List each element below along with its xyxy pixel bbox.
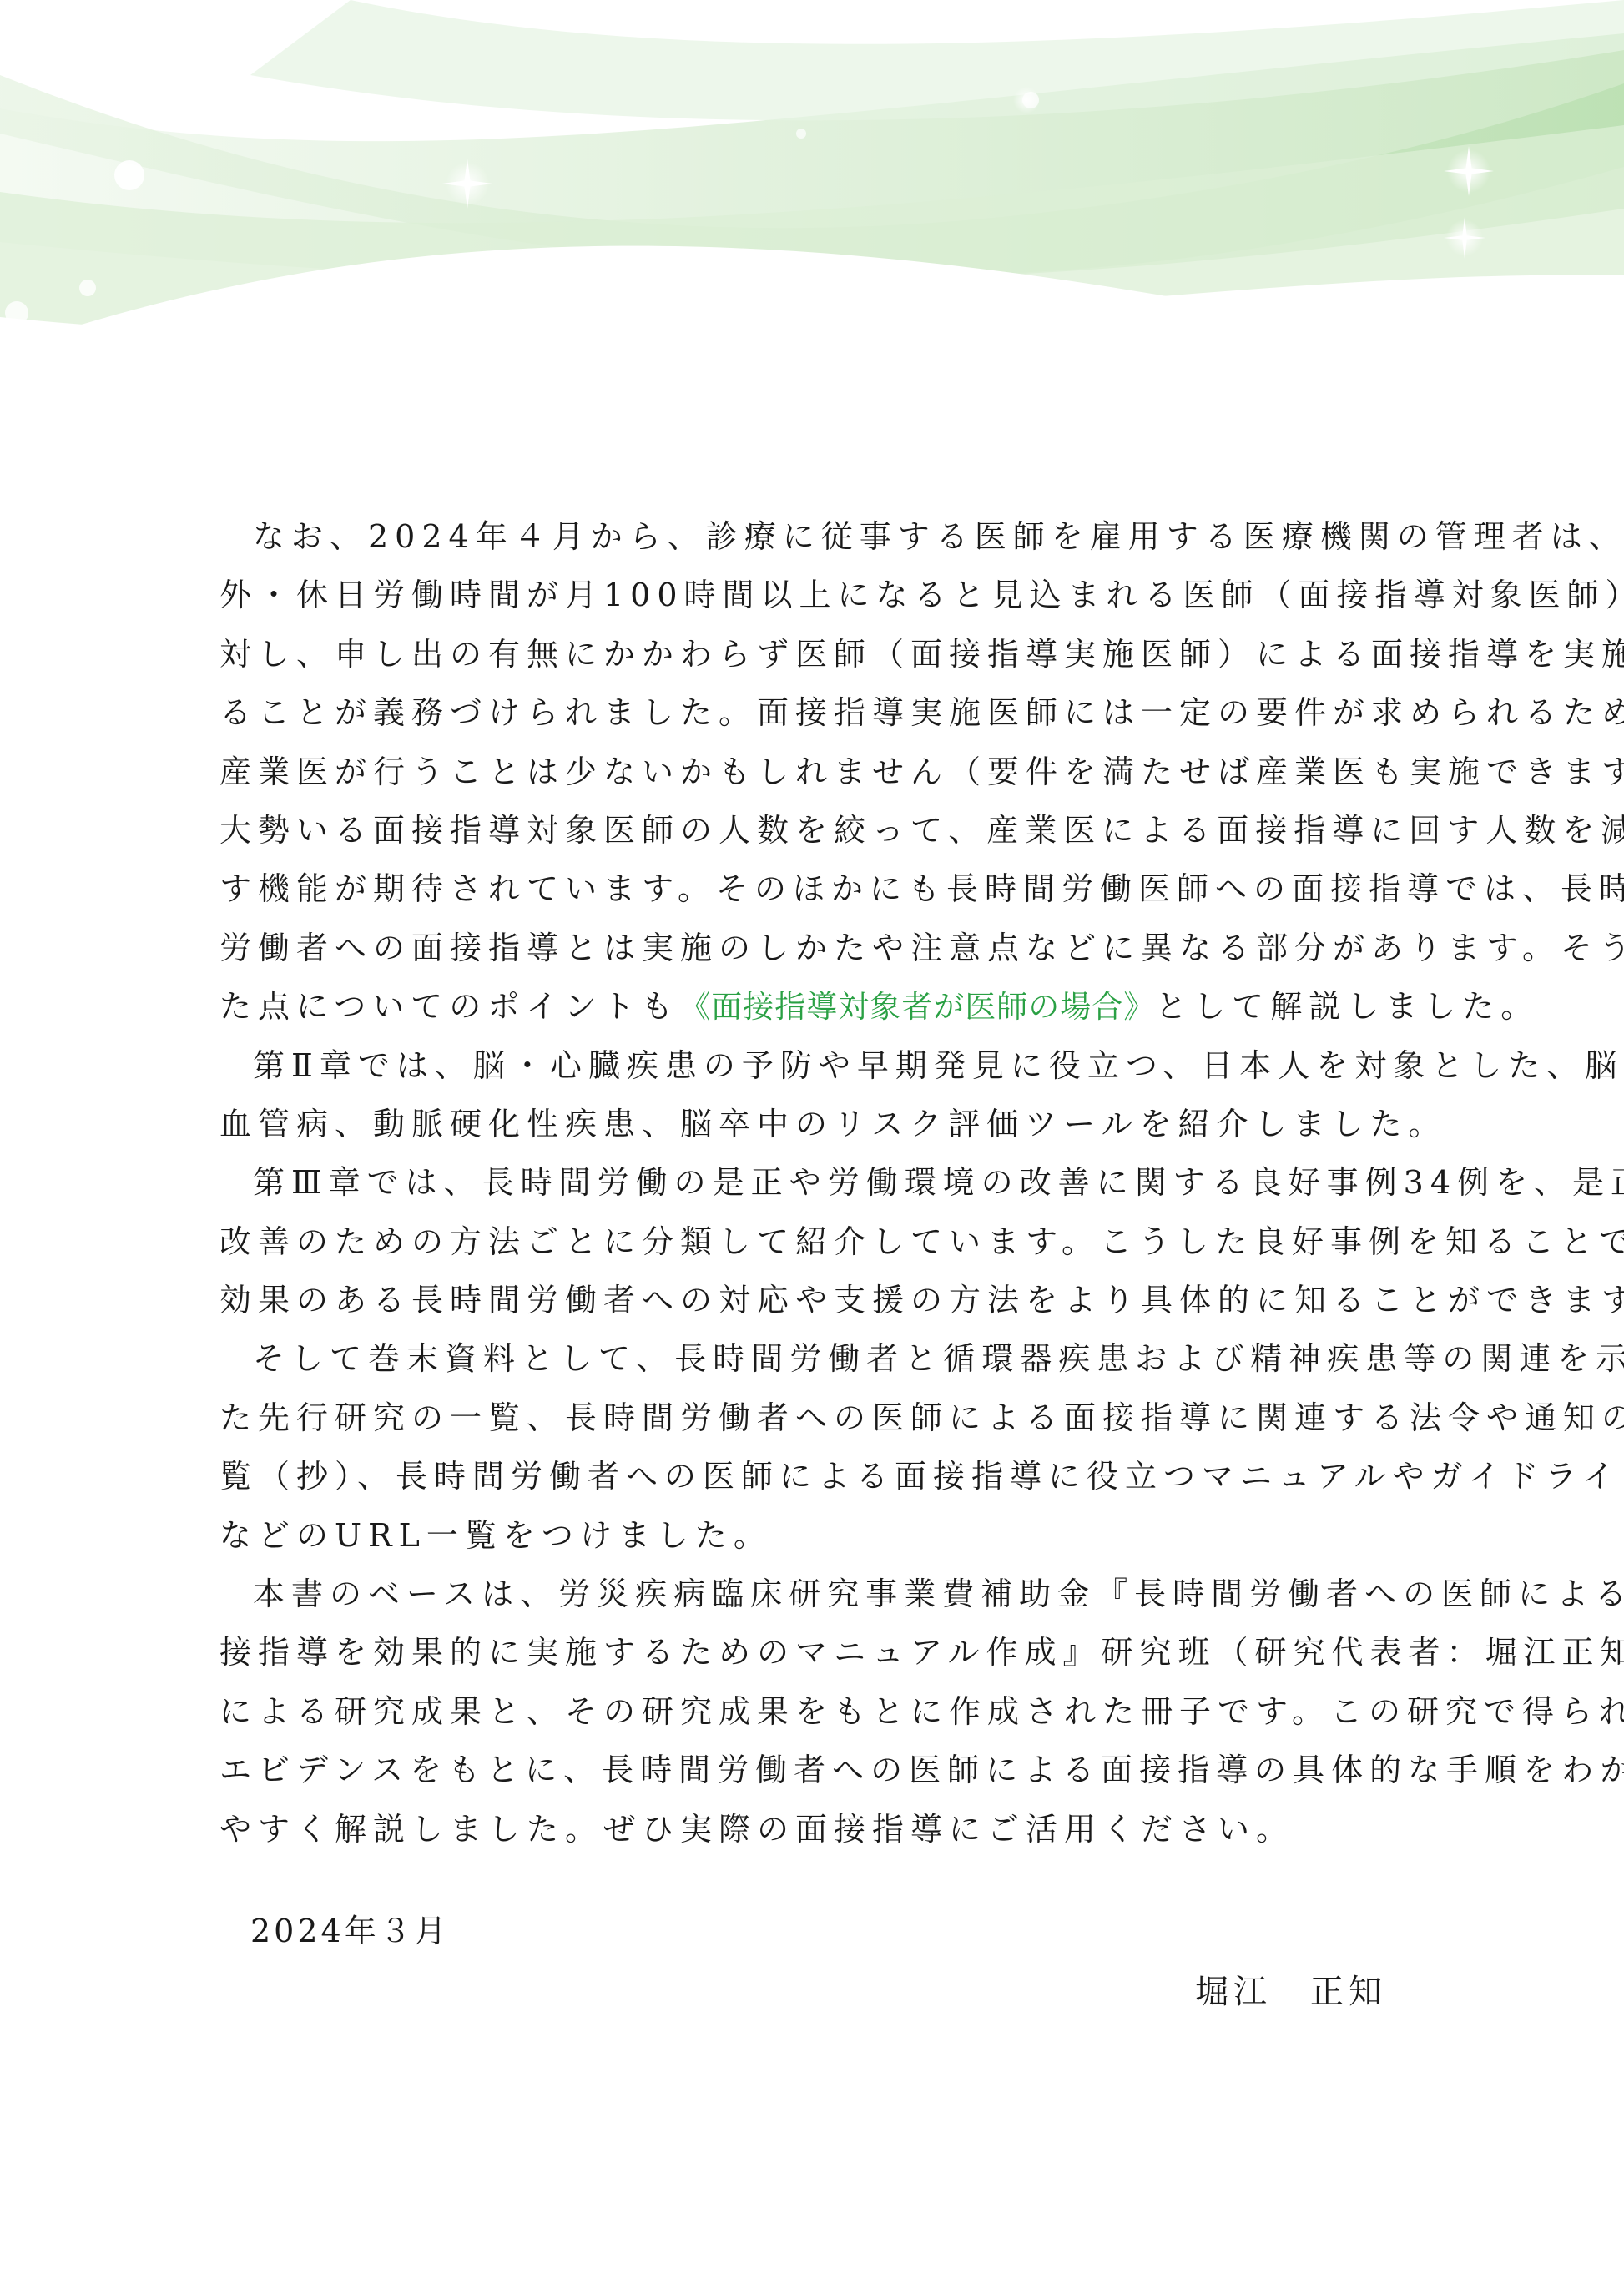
text-segment: た点についてのポイントも [219,988,679,1025]
publication-date: 2024年３月 [250,1905,450,1951]
author-signature: 堀江 正知 [1195,1965,1387,2013]
text-line: 外・休日労働時間が月100時間以上になると見込まれる医師（面接指導対象医師）に [219,566,1409,624]
decorative-banner [0,0,1624,401]
text-line: 効果のある長時間労働者への対応や支援の方法をより具体的に知ることができます。 [219,1271,1409,1329]
text-line: 改善のための方法ごとに分類して紹介しています。こうした良好事例を知ることで、 [219,1213,1409,1271]
text-line: 第Ⅱ章では、脳・心臓疾患の予防や早期発見に役立つ、日本人を対象とした、脳心 [219,1036,1409,1095]
preface-body: なお、2024年４月から、診療に従事する医師を雇用する医療機関の管理者は、時間 … [219,507,1409,1858]
text-line: 血管病、動脈硬化性疾患、脳卒中のリスク評価ツールを紹介しました。 [219,1095,1409,1153]
text-segment: として解説しました。 [1155,988,1539,1025]
text-line-with-highlight: た点についてのポイントも《面接指導対象者が医師の場合》として解説しました。 [219,977,1409,1036]
text-line: やすく解説しました。ぜひ実際の面接指導にご活用ください。 [219,1800,1409,1858]
green-wave-icon [0,0,1624,401]
text-line: 労働者への面接指導とは実施のしかたや注意点などに異なる部分があります。そうし [219,919,1409,977]
section-reference-highlight: 《面接指導対象者が医師の場合》 [679,978,1155,1036]
text-line: による研究成果と、その研究成果をもとに作成された冊子です。この研究で得られた [219,1682,1409,1741]
text-line: ることが義務づけられました。面接指導実施医師には一定の要件が求められるため、 [219,683,1409,742]
text-line: 大勢いる面接指導対象医師の人数を絞って、産業医による面接指導に回す人数を減ら [219,801,1409,860]
text-line: す機能が期待されています。そのほかにも長時間労働医師への面接指導では、長時間 [219,860,1409,918]
text-line: 覧（抄）、長時間労働者への医師による面接指導に役立つマニュアルやガイドライン [219,1447,1409,1505]
text-line: 本書のベースは、労災疾病臨床研究事業費補助金『長時間労働者への医師による面 [219,1565,1409,1623]
text-line: 産業医が行うことは少ないかもしれません（要件を満たせば産業医も実施できます）。 [219,743,1409,801]
text-line: 第Ⅲ章では、長時間労働の是正や労働環境の改善に関する良好事例34例を、是正・ [219,1153,1409,1212]
text-line: そして巻末資料として、長時間労働者と循環器疾患および精神疾患等の関連を示し [219,1329,1409,1388]
text-line: エビデンスをもとに、長時間労働者への医師による面接指導の具体的な手順をわかり [219,1741,1409,1799]
text-line: などのURL一覧をつけました。 [219,1506,1409,1565]
text-line: 対し、申し出の有無にかかわらず医師（面接指導実施医師）による面接指導を実施す [219,625,1409,683]
text-line: なお、2024年４月から、診療に従事する医師を雇用する医療機関の管理者は、時間 [219,507,1409,566]
text-line: 接指導を効果的に実施するためのマニュアル作成』研究班（研究代表者：堀江正知） [219,1623,1409,1681]
text-line: た先行研究の一覧、長時間労働者への医師による面接指導に関連する法令や通知の一 [219,1389,1409,1447]
